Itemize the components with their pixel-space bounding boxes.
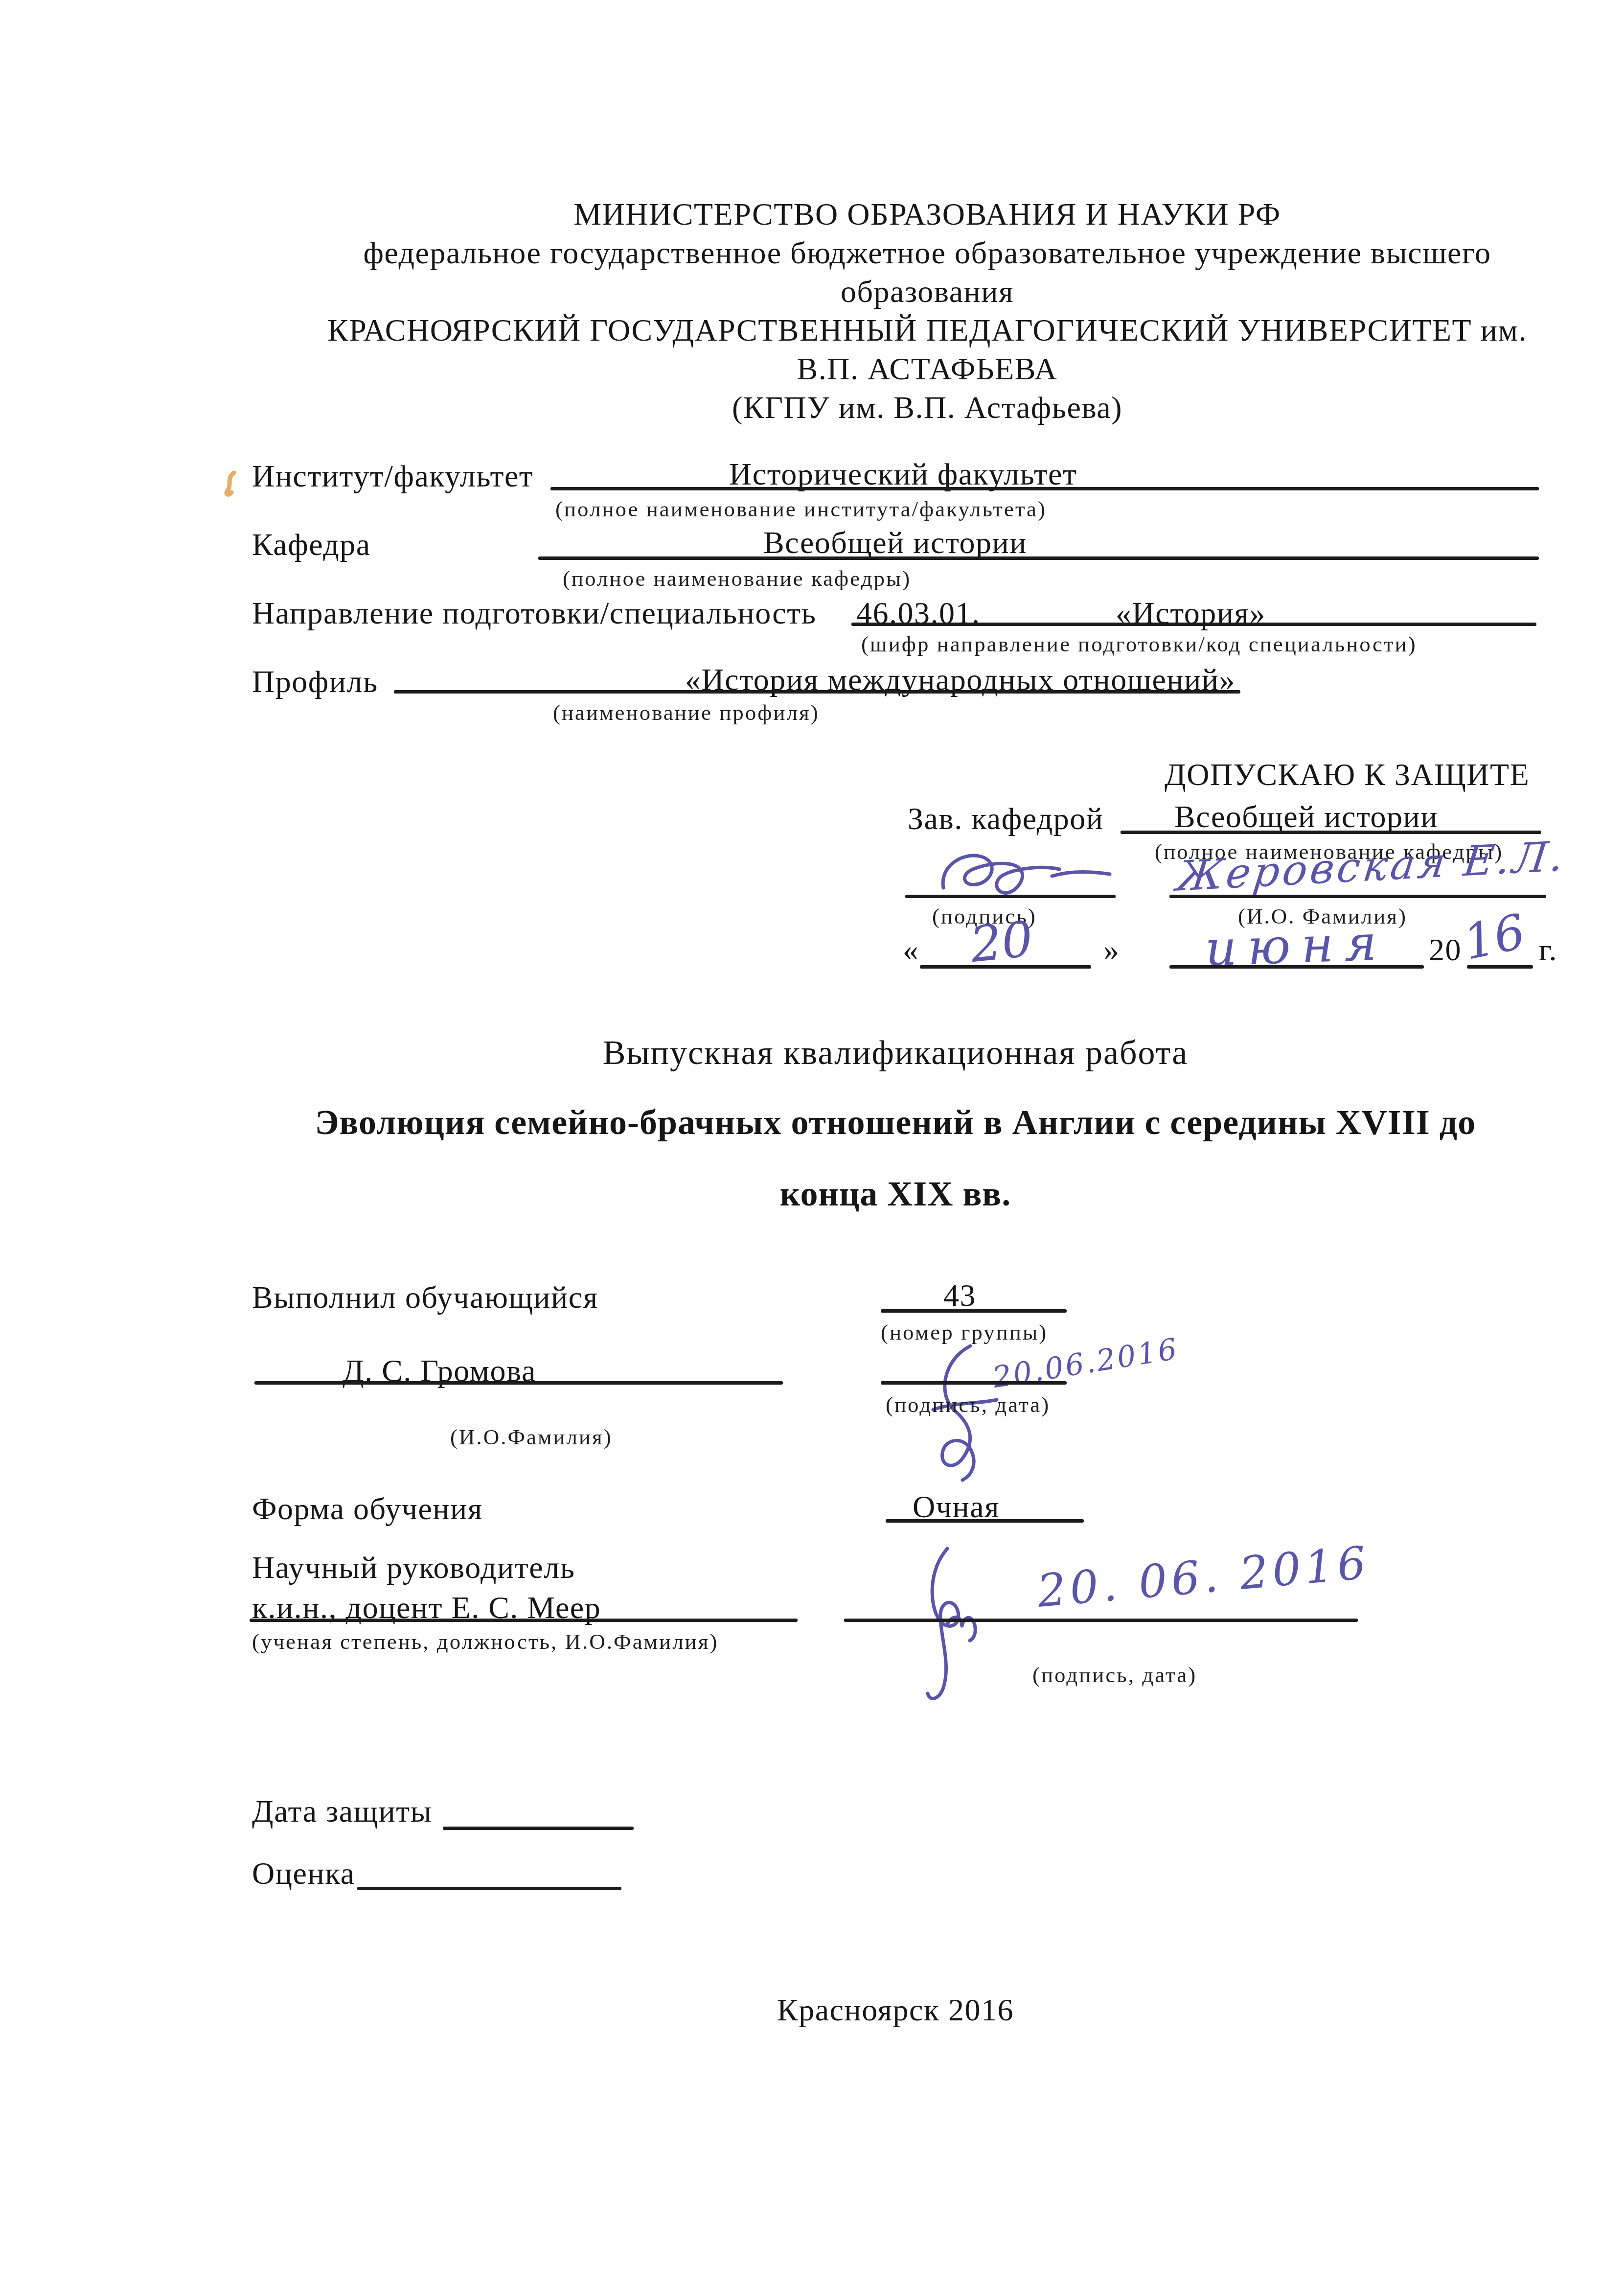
department-label: Кафедра [252, 528, 371, 562]
supervisor-name-blank-line [250, 1619, 798, 1622]
date-quote-open: « [903, 933, 919, 967]
institute-value: Исторический факультет [729, 457, 1077, 491]
university-short: (КГПУ им. В.П. Астафьева) [254, 388, 1600, 427]
supervisor-sign-hint: (подпись, дата) [1032, 1663, 1197, 1688]
approval-department-value: Всеобщей истории [1174, 800, 1438, 834]
city-year: Красноярск 2016 [235, 1993, 1556, 2027]
direction-hint: (шифр направление подготовки/код специал… [861, 632, 1417, 657]
head-name-blank-line [1169, 895, 1546, 898]
date-quote-close: » [1103, 933, 1120, 967]
student-signature-blank-line [881, 1381, 1067, 1385]
student-group-blank-line [881, 1309, 1067, 1313]
form-blank-line [886, 1519, 1084, 1523]
institute-blank-line [550, 487, 1539, 490]
head-signature-blank-line [905, 895, 1116, 898]
header-block: МИНИСТЕРСТВО ОБРАЗОВАНИЯ И НАУКИ РФ феде… [254, 195, 1600, 427]
institute-label: Институт/факультет [252, 459, 533, 493]
profile-label: Профиль [252, 665, 378, 699]
date-year-blank-line [1467, 965, 1533, 969]
direction-blank-line [851, 623, 1536, 626]
form-label: Форма обучения [252, 1492, 483, 1526]
approval-department-blank-line [1121, 831, 1541, 834]
profile-blank-line [394, 690, 1240, 694]
department-hint: (полное наименование кафедры) [563, 567, 911, 591]
profile-hint: (наименование профиля) [553, 701, 820, 725]
thesis-title-line-2: конца XIX вв. [235, 1174, 1556, 1214]
fgbou-line-2: образования [254, 272, 1600, 311]
stray-pen-mark [219, 470, 243, 498]
approval-title: ДОПУСКАЮ К ЗАЩИТЕ [1165, 758, 1530, 792]
university-line-2: В.П. АСТАФЬЕВА [254, 349, 1600, 388]
student-name-blank-line [254, 1381, 783, 1385]
grade-blank-line [357, 1887, 621, 1890]
department-value: Всеобщей истории [763, 526, 1027, 560]
defense-date-label: Дата защиты [252, 1794, 432, 1829]
grade-label: Оценка [252, 1856, 355, 1891]
document-page: МИНИСТЕРСТВО ОБРАЗОВАНИЯ И НАУКИ РФ феде… [0, 0, 1624, 2293]
university-line-1: КРАСНОЯРСКИЙ ГОСУДАРСТВЕННЫЙ ПЕДАГОГИЧЕС… [254, 311, 1600, 349]
date-year-suffix: г. [1539, 933, 1557, 967]
fgbou-line-1: федеральное государственное бюджетное об… [254, 233, 1600, 272]
supervisor-hint: (ученая степень, должность, И.О.Фамилия) [252, 1630, 718, 1654]
defense-date-blank-line [443, 1827, 634, 1830]
head-signature [930, 846, 1125, 901]
work-type: Выпускная квалификационная работа [235, 1034, 1556, 1073]
date-year-printed: 20 [1429, 933, 1462, 967]
thesis-title-line-1: Эволюция семейно-брачных отношений в Анг… [235, 1102, 1556, 1143]
supervisor-label: Научный руководитель [252, 1551, 575, 1585]
department-blank-line [538, 556, 1539, 560]
date-day-handwritten: 20 [968, 910, 1036, 973]
student-group-value: 43 [943, 1278, 976, 1313]
supervisor-signature [900, 1541, 984, 1707]
ministry-line: МИНИСТЕРСТВО ОБРАЗОВАНИЯ И НАУКИ РФ [254, 195, 1600, 233]
direction-label: Направление подготовки/специальность [252, 596, 816, 630]
student-label: Выполнил обучающийся [252, 1280, 598, 1315]
institute-hint: (полное наименование института/факультет… [555, 497, 1047, 522]
student-name-hint: (И.О.Фамилия) [450, 1425, 613, 1450]
approval-head-label: Зав. кафедрой [908, 802, 1104, 836]
date-month-blank-line [1169, 965, 1424, 969]
date-day-blank-line [920, 965, 1091, 969]
date-year-handwritten: 16 [1459, 904, 1530, 971]
student-sign-hint: (подпись, дата) [886, 1393, 1050, 1417]
supervisor-signature-blank-line [844, 1619, 1358, 1622]
supervisor-date-handwritten: 20. 06. 2016 [1035, 1536, 1372, 1618]
